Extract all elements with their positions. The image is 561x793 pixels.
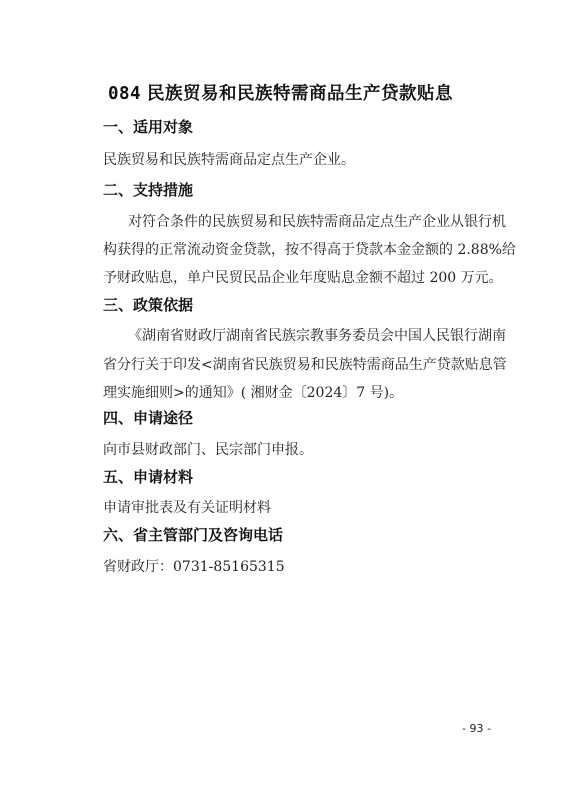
- section-heading-policy-basis: 三、政策依据: [103, 294, 193, 315]
- section-text-support-measures-line-2: 构获得的正常流动资金贷款，按不得高于贷款本金金额的 2.88%给: [103, 239, 516, 259]
- section-heading-application-materials: 五、申请材料: [103, 466, 193, 487]
- page-title: 084民族贸易和民族特需商品生产贷款贴息: [0, 80, 561, 105]
- section-text-support-measures-line-1: 对符合条件的民族贸易和民族特需商品定点生产企业从银行机: [128, 211, 506, 231]
- section-text-policy-basis-line-1: 《湖南省财政厅湖南省民族宗教事务委员会中国人民银行湖南: [128, 325, 506, 345]
- section-text-policy-basis-line-2: 省分行关于印发<湖南省民族贸易和民族特需商品生产贷款贴息管: [103, 354, 507, 374]
- title-number: 084: [108, 84, 141, 104]
- section-text-application-channel: 向市县财政部门、民宗部门申报。: [103, 439, 313, 459]
- section-text-applicable-targets: 民族贸易和民族特需商品定点生产企业。: [103, 149, 355, 169]
- document-page: 084民族贸易和民族特需商品生产贷款贴息 一、适用对象 民族贸易和民族特需商品定…: [0, 0, 561, 793]
- page-number: - 93 -: [462, 722, 491, 735]
- section-heading-support-measures: 二、支持措施: [103, 179, 193, 200]
- title-text: 民族贸易和民族特需商品生产贷款贴息: [147, 84, 453, 104]
- section-text-contact-phone: 省财政厅：0731-85165315: [103, 556, 285, 576]
- section-heading-contact: 六、省主管部门及咨询电话: [103, 524, 283, 545]
- section-text-application-materials: 申请审批表及有关证明材料: [103, 497, 271, 517]
- section-text-policy-basis-line-3: 理实施细则>的通知》( 湘财金〔2024〕7 号)。: [103, 382, 403, 402]
- section-heading-applicable-targets: 一、适用对象: [103, 116, 193, 137]
- section-text-support-measures-line-3: 予财政贴息，单户民贸民品企业年度贴息金额不超过 200 万元。: [103, 267, 503, 287]
- section-heading-application-channel: 四、申请途径: [103, 407, 193, 428]
